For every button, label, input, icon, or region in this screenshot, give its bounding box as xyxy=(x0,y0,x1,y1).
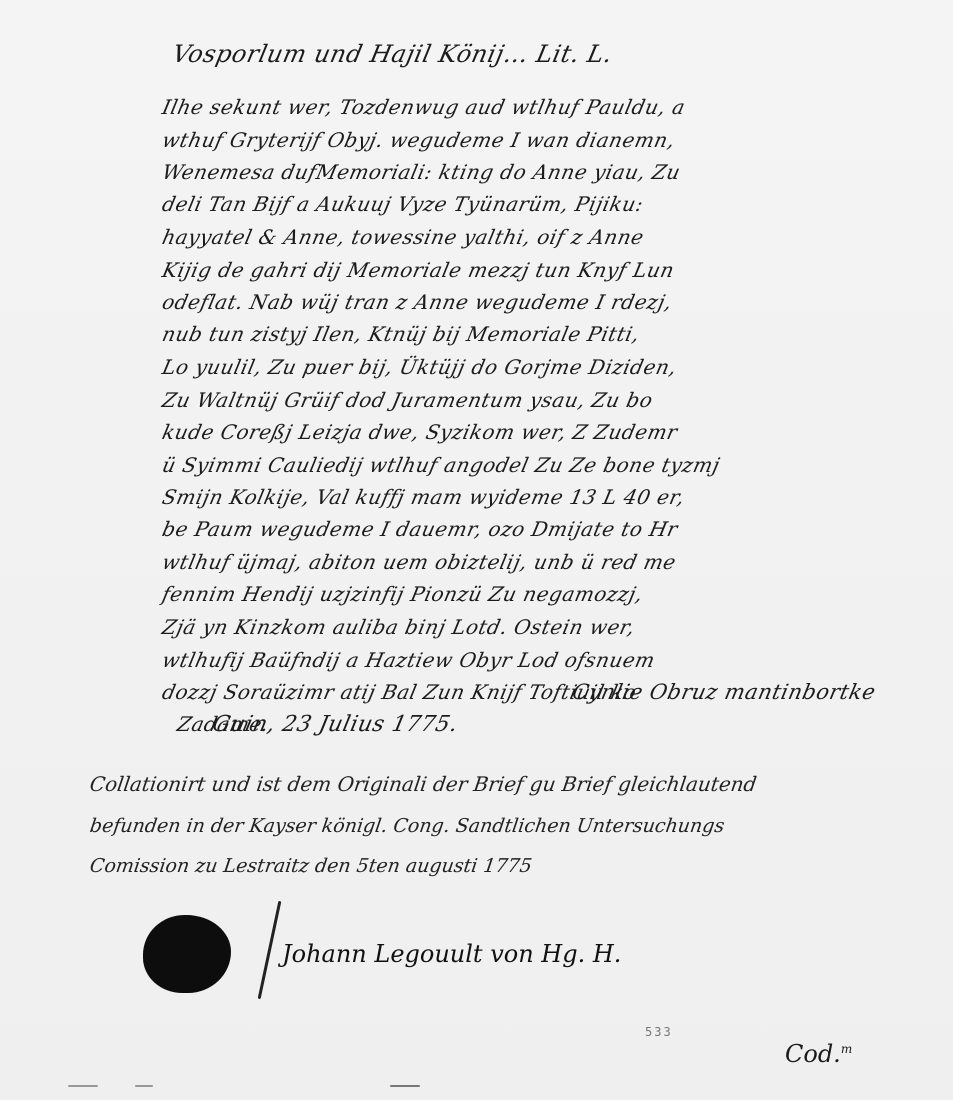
writer-signature: Cynlie Obruz mantinbortke xyxy=(570,680,878,704)
body-line: Ilhe sekunt wer, Tozdenwug aud wtlhuf Pa… xyxy=(160,95,688,119)
body-line: Lo yuulil, Zu puer bij, Üktüjj do Gorjme… xyxy=(160,355,679,379)
manuscript-page: Vosporlum und Hajil Könij… Lit. L. Ilhe … xyxy=(0,0,953,1100)
wax-seal xyxy=(143,915,231,993)
body-line: wtlhufij Baüfndij a Haztiew Obyr Lod ofs… xyxy=(160,648,657,672)
body-line: wthuf Gryterijf Obyj. wegudeme I wan dia… xyxy=(160,128,677,152)
body-line: odeflat. Nab wüj tran z Anne wegudeme I … xyxy=(160,290,674,314)
body-line: kude Coreßj Leizja dwe, Syzikom wer, Z Z… xyxy=(160,420,680,444)
body-line: deli Tan Bijf a Aukuuj Vyze Tyünarüm, Pi… xyxy=(160,192,646,216)
date-line: Guin, 23 Julius 1775. xyxy=(210,712,460,737)
body-line: dozzj Soraüzimr atij Bal Zun Knijf Tofti… xyxy=(160,680,639,704)
body-line: Zjä yn Kinzkom auliba binj Lotd. Ostein … xyxy=(160,615,637,639)
scan-speck xyxy=(390,1085,420,1087)
scan-speck xyxy=(135,1085,153,1087)
attestation-line: Comission zu Lestraitz den 5ten augusti … xyxy=(88,855,533,877)
signature-flourish xyxy=(258,901,282,999)
body-line: Wenemesa dufMemoriali: kting do Anne yia… xyxy=(160,160,683,184)
scan-speck xyxy=(68,1085,98,1087)
body-line: Kijig de gahri dij Memoriale mezzj tun K… xyxy=(160,258,677,282)
attestation-signature: Johann Legouult von Hg. H. xyxy=(282,940,621,968)
document-heading: Vosporlum und Hajil Könij… Lit. L. xyxy=(170,40,615,68)
page-number: 533 xyxy=(645,1025,673,1039)
body-line: Smijn Kolkije, Val kuffj mam wyideme 13 … xyxy=(160,485,687,509)
body-line: be Paum wegudeme I dauemr, ozo Dmijate t… xyxy=(160,517,680,541)
body-line: wtlhuf üjmaj, abiton uem obiztelij, unb … xyxy=(160,550,678,574)
body-line: Zu Waltnüj Grüif dod Juramentum ysau, Zu… xyxy=(160,388,655,412)
body-line: nub tun zistyj Ilen, Ktnüj bij Memoriale… xyxy=(160,322,642,346)
corner-note: Cod.m xyxy=(785,1040,852,1068)
corner-note-sup: m xyxy=(841,1042,852,1056)
attestation-line: befunden in der Kayser königl. Cong. San… xyxy=(88,815,725,837)
corner-note-text: Cod. xyxy=(785,1040,841,1068)
body-line: hayyatel & Anne, towessine yalthi, oif z… xyxy=(160,225,646,249)
attestation-line: Collationirt und ist dem Originali der B… xyxy=(88,772,758,796)
body-line: fennim Hendij uzjzinfij Pionzü Zu negamo… xyxy=(160,582,645,606)
body-line: ü Syimmi Cauliedij wtlhuf angodel Zu Ze … xyxy=(160,453,722,477)
